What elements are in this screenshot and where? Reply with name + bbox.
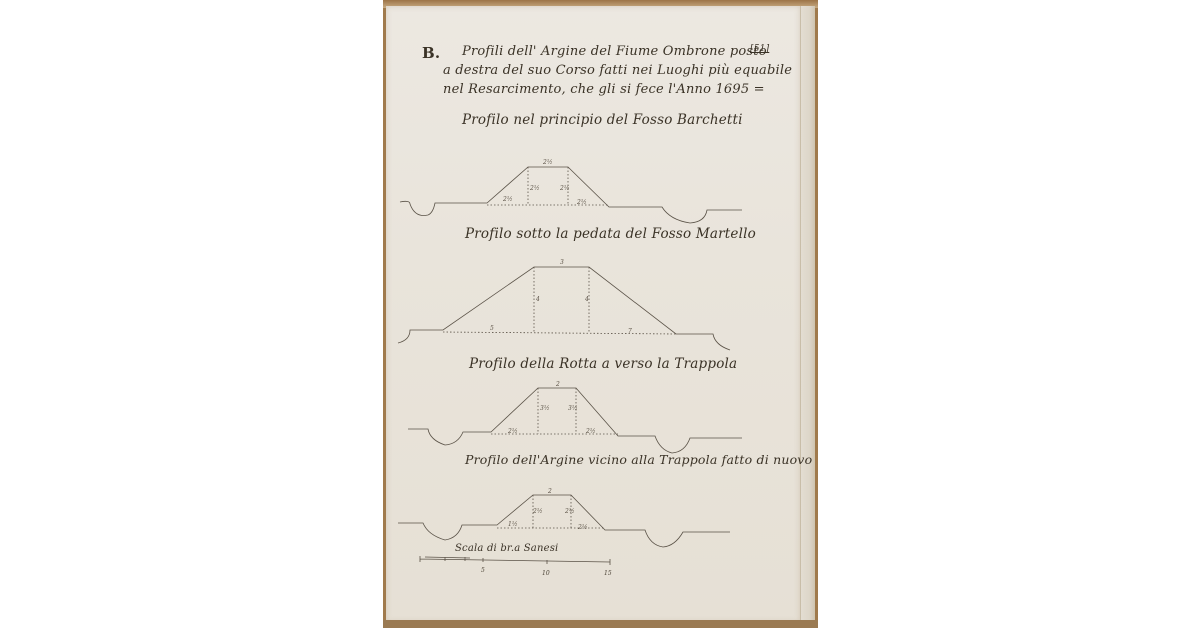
scale-tick-10: 10 xyxy=(542,570,550,577)
svg-text:4: 4 xyxy=(535,296,540,303)
svg-text:7: 7 xyxy=(628,328,632,335)
svg-text:2½: 2½ xyxy=(577,524,588,531)
profile-drawings: 2½ 2½ 2½ 2½ 2½ 3 4 4 5 7 2 3½ 3½ 2½ 2½ 2… xyxy=(0,0,1200,628)
svg-text:2½: 2½ xyxy=(564,508,575,515)
svg-text:2½: 2½ xyxy=(529,185,540,192)
profile-3-drawing xyxy=(408,388,742,453)
svg-text:3: 3 xyxy=(560,259,564,266)
svg-text:2: 2 xyxy=(547,488,552,495)
profile-2-drawing xyxy=(398,267,730,350)
svg-text:2½: 2½ xyxy=(542,159,553,166)
svg-text:1½: 1½ xyxy=(508,521,518,528)
scale-bar xyxy=(420,556,610,565)
svg-text:2½: 2½ xyxy=(502,196,513,203)
profile-4-drawing xyxy=(398,495,730,547)
svg-text:2½: 2½ xyxy=(585,428,596,435)
svg-text:3½: 3½ xyxy=(568,405,578,412)
svg-text:3½: 3½ xyxy=(540,405,550,412)
svg-text:2½: 2½ xyxy=(559,185,570,192)
svg-text:4: 4 xyxy=(584,296,589,303)
svg-text:5: 5 xyxy=(490,325,494,332)
svg-text:2: 2 xyxy=(555,381,560,388)
scale-tick-5: 5 xyxy=(481,567,485,574)
svg-text:2½: 2½ xyxy=(532,508,543,515)
svg-text:2½: 2½ xyxy=(576,199,587,206)
scale-tick-15: 15 xyxy=(604,570,612,577)
profile-1-drawing xyxy=(400,167,742,223)
scale-title: Scala di br.a Sanesi xyxy=(455,543,558,554)
svg-text:2½: 2½ xyxy=(507,428,518,435)
